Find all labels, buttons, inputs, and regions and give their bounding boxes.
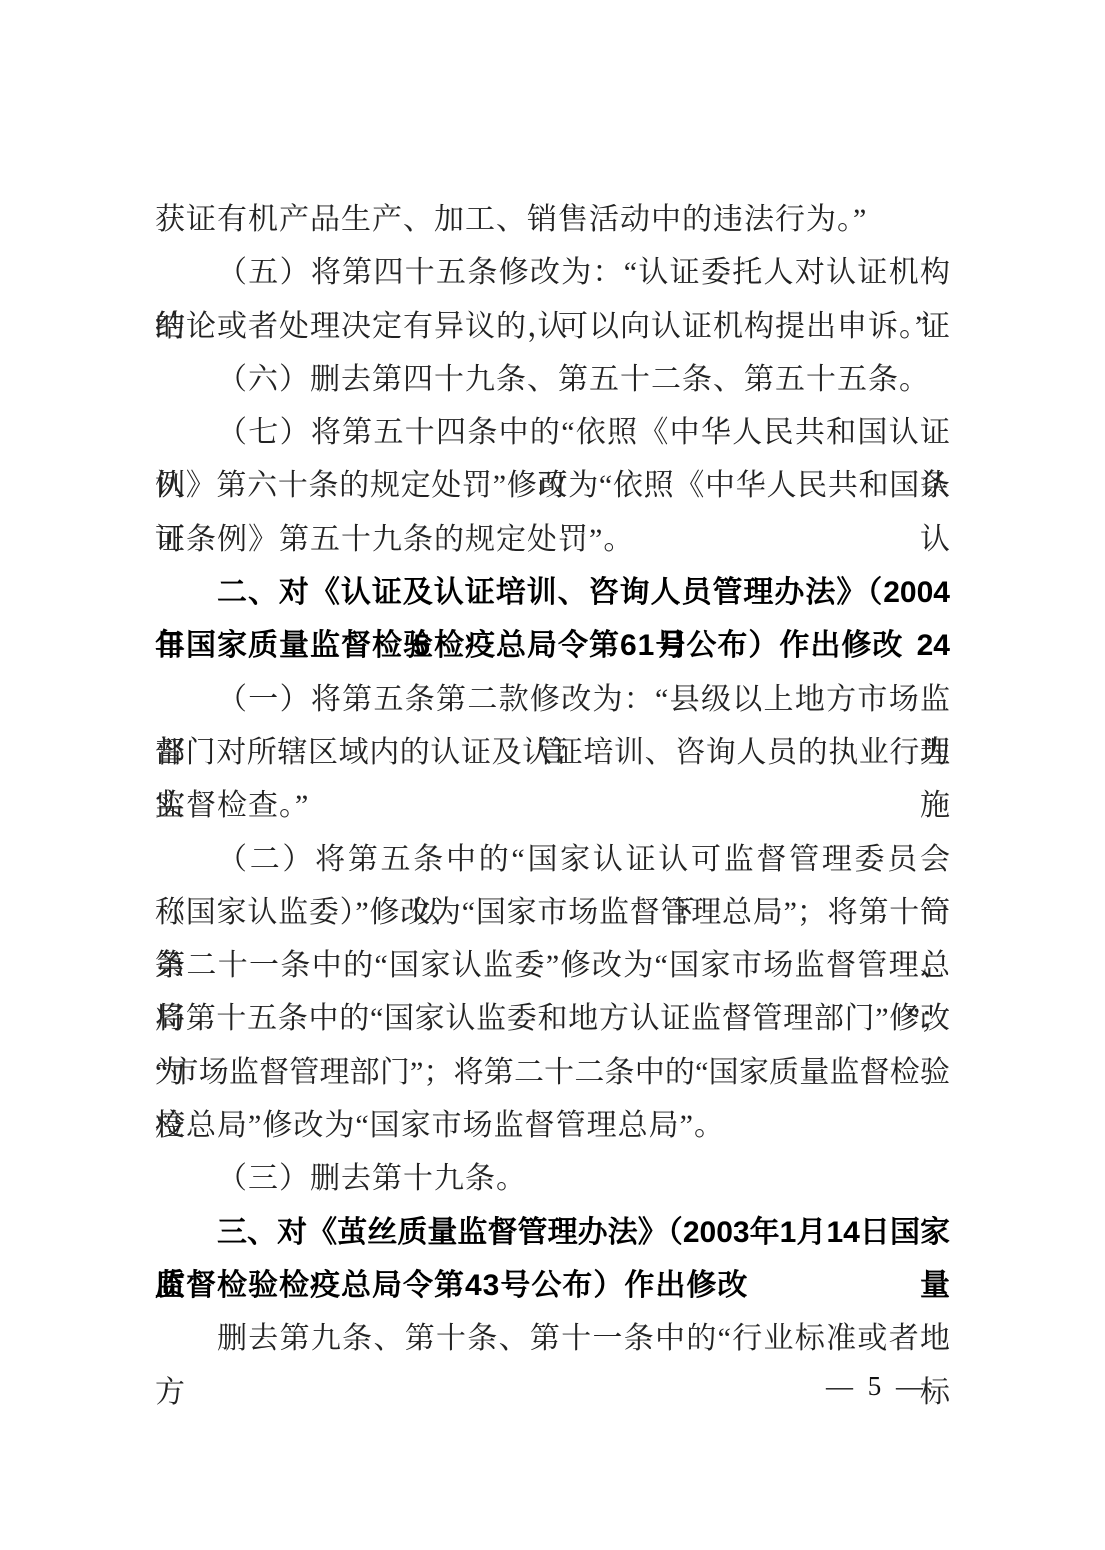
document-body: 获证有机产品生产、加工、销售活动中的违法行为。”（五）将第四十五条修改为：“认证… xyxy=(155,193,950,1366)
page-number: — 5 — xyxy=(826,1368,927,1404)
document-page: 获证有机产品生产、加工、销售活动中的违法行为。”（五）将第四十五条修改为：“认证… xyxy=(0,0,1105,1550)
text-line: 结论或者处理决定有异议的，可以向认证机构提出申诉。” xyxy=(155,300,950,353)
text-line: （七）将第五十四条中的“依照《中华人民共和国认证认可条 xyxy=(155,406,950,459)
heading-line: 三、对《茧丝质量监督管理办法》（2003年1月14日国家质量 xyxy=(155,1206,950,1259)
text-line: （二）将第五条中的“国家认证认可监督管理委员会（以下简 xyxy=(155,833,950,886)
heading-line: 二、对《认证及认证培训、咨询人员管理办法》（2004年5月24 xyxy=(155,566,950,619)
text-line: （三）删去第十九条。 xyxy=(155,1152,950,1205)
text-line: 将第十五条中的“国家认监委和地方认证监督管理部门”修改为 xyxy=(155,992,950,1045)
text-line: 部门对所辖区域内的认证及认证培训、咨询人员的执业行为实施 xyxy=(155,726,950,779)
text-line: “市场监督管理部门”；将第二十二条中的“国家质量监督检验检 xyxy=(155,1046,950,1099)
heading-line: 日国家质量监督检验检疫总局令第61号公布）作出修改 xyxy=(155,619,950,672)
text-line: 第二十一条中的“国家认监委”修改为“国家市场监督管理总局”； xyxy=(155,939,950,992)
text-line: 获证有机产品生产、加工、销售活动中的违法行为。” xyxy=(155,193,950,246)
text-line: 称国家认监委）”修改为“国家市场监督管理总局”；将第十一条、 xyxy=(155,886,950,939)
text-line: 疫总局”修改为“国家市场监督管理总局”。 xyxy=(155,1099,950,1152)
text-line: 例》第六十条的规定处罚”修改为“依照《中华人民共和国认证认 xyxy=(155,459,950,512)
text-line: （五）将第四十五条修改为：“认证委托人对认证机构的认证 xyxy=(155,246,950,299)
text-line: （一）将第五条第二款修改为：“县级以上地方市场监督管理 xyxy=(155,673,950,726)
text-line: （六）删去第四十九条、第五十二条、第五十五条。 xyxy=(155,353,950,406)
text-line: 删去第九条、第十条、第十一条中的“行业标准或者地方标 xyxy=(155,1312,950,1365)
